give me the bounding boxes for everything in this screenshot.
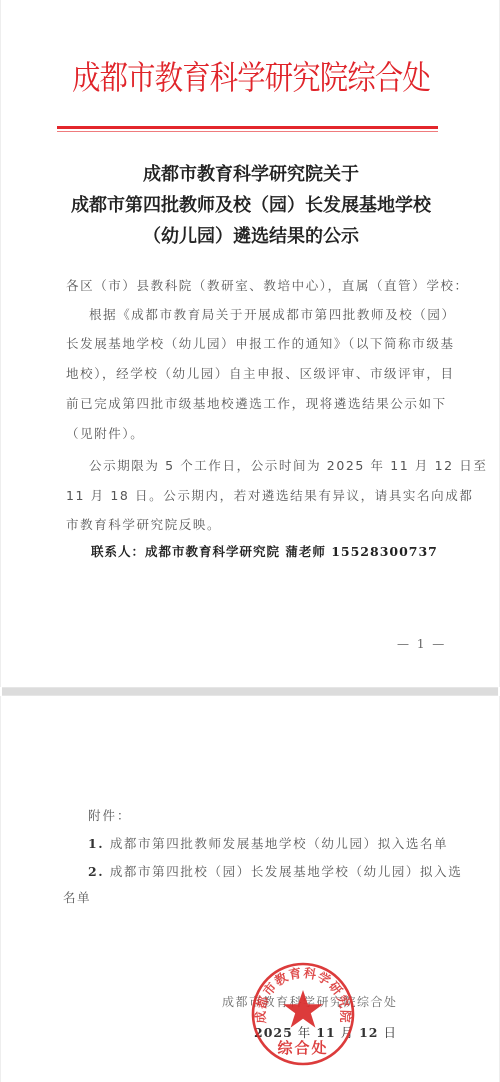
attachment-number: 1. — [88, 836, 104, 851]
paragraph-1-line: （见附件）。 — [66, 424, 446, 442]
paragraph-2-line: 公示期限为 5 个工作日，公示时间为 2025 年 11 月 12 日至 — [89, 456, 469, 474]
salutation: 各区（市）县教科院（教研室、教培中心），直属（直管）学校： — [66, 276, 446, 294]
official-seal-stamp: 成都市教育科学研究院 综合处 — [249, 960, 357, 1068]
contact-info: 联系人：成都市教育科学研究院 蒲老师 15528300737 — [91, 542, 438, 560]
notice-title-line-1: 成都市教育科学研究院关于 — [1, 160, 500, 186]
paragraph-1-line: 前已完成第四批市级基地校遴选工作，现将遴选结果公示如下 — [66, 394, 446, 412]
notice-title-line-2: 成都市第四批教师及校（园）长发展基地学校 — [1, 191, 500, 217]
attachment-item-2: 2. 成都市第四批校（园）长发展基地学校（幼儿园）拟入选 — [88, 862, 462, 880]
paragraph-2-line: 11 月 18 日。公示期内，若对遴选结果有异议，请具实名向成都 — [66, 486, 446, 504]
masthead-rule-thick — [57, 126, 438, 129]
date-day-unit: 日 — [379, 1025, 397, 1040]
attachments-label: 附件： — [88, 806, 132, 824]
paragraph-1-line: 长发展基地学校（幼儿园）申报工作的通知》（以下简称市级基 — [66, 334, 446, 352]
paragraph-1-line: 根据《成都市教育局关于开展成都市第四批教师及校（园） — [89, 305, 469, 323]
paragraph-1-line: 地校），经学校（幼儿园）自主申报、区级评审、市级评审，目 — [66, 364, 446, 382]
masthead-rule-thin — [57, 131, 438, 132]
stamp-bottom-text: 综合处 — [277, 1039, 328, 1057]
page-number: — 1 — — [397, 637, 446, 651]
page-separator — [2, 687, 498, 696]
paragraph-2-line: 市教育科学研究院反映。 — [66, 515, 446, 533]
masthead-title: 成都市教育科学研究院综合处 — [36, 58, 466, 100]
document-page-1: 成都市教育科学研究院综合处 成都市教育科学研究院关于 成都市第四批教师及校（园）… — [0, 0, 500, 687]
attachment-item-2-continuation: 名单 — [63, 888, 91, 906]
attachment-item-1: 1. 成都市第四批教师发展基地学校（幼儿园）拟入选名单 — [88, 834, 448, 852]
star-icon — [283, 990, 323, 1028]
attachment-text: 成都市第四批教师发展基地学校（幼儿园）拟入选名单 — [104, 836, 448, 851]
attachment-text: 成都市第四批校（园）长发展基地学校（幼儿园）拟入选 — [104, 864, 462, 879]
date-day: 12 — [359, 1025, 378, 1040]
notice-title-line-3: （幼儿园）遴选结果的公示 — [1, 222, 500, 248]
attachment-number: 2. — [88, 864, 104, 879]
